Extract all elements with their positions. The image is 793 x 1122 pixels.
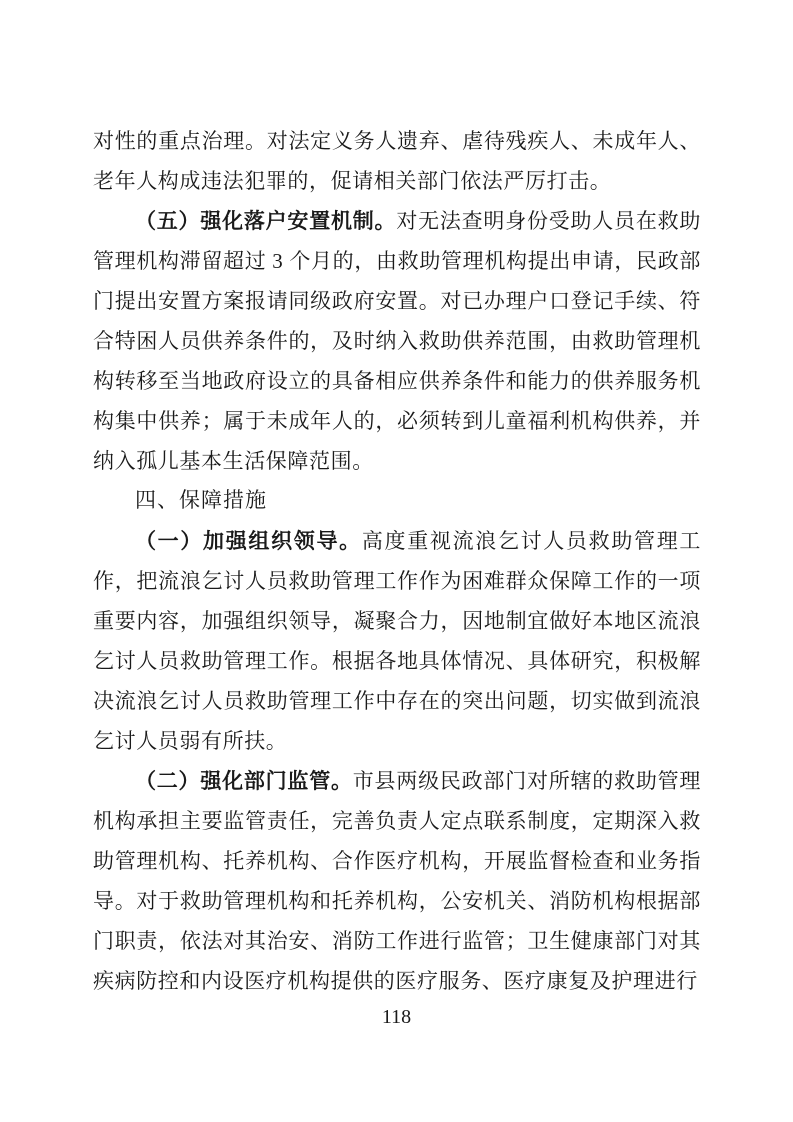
paragraph-text: 市县两级民政部门对所辖的救助管理机构承担主要监管责任，完善负责人定点联系制度，定… [93, 769, 701, 993]
paragraph-text: 对无法查明身份受助人员在救助管理机构滞留超过 3 个月的，由救助管理机构提出申请… [93, 209, 701, 473]
paragraph-lead: （五）强化落户安置机制。 [135, 209, 396, 233]
paragraph-text: 高度重视流浪乞讨人员救助管理工作，把流浪乞讨人员救助管理工作作为困难群众保障工作… [93, 529, 701, 753]
document-page: 对性的重点治理。对法定义务人遗弃、虐待残疾人、未成年人、老年人构成违法犯罪的，促… [0, 0, 793, 1122]
paragraph-lead: （二）强化部门监管。 [135, 769, 353, 793]
paragraph-lead: （一）加强组织领导。 [135, 529, 362, 553]
document-body: 对性的重点治理。对法定义务人遗弃、虐待残疾人、未成年人、老年人构成违法犯罪的，促… [93, 121, 701, 1001]
paragraph-item-2: （二）强化部门监管。市县两级民政部门对所辖的救助管理机构承担主要监管责任，完善负… [93, 761, 701, 1001]
paragraph-item-1: （一）加强组织领导。高度重视流浪乞讨人员救助管理工作，把流浪乞讨人员救助管理工作… [93, 521, 701, 761]
page-number: 118 [0, 1002, 793, 1032]
section-heading: 四、保障措施 [93, 481, 701, 521]
paragraph-continuation: 对性的重点治理。对法定义务人遗弃、虐待残疾人、未成年人、老年人构成违法犯罪的，促… [93, 121, 701, 201]
paragraph-item-5: （五）强化落户安置机制。对无法查明身份受助人员在救助管理机构滞留超过 3 个月的… [93, 201, 701, 481]
